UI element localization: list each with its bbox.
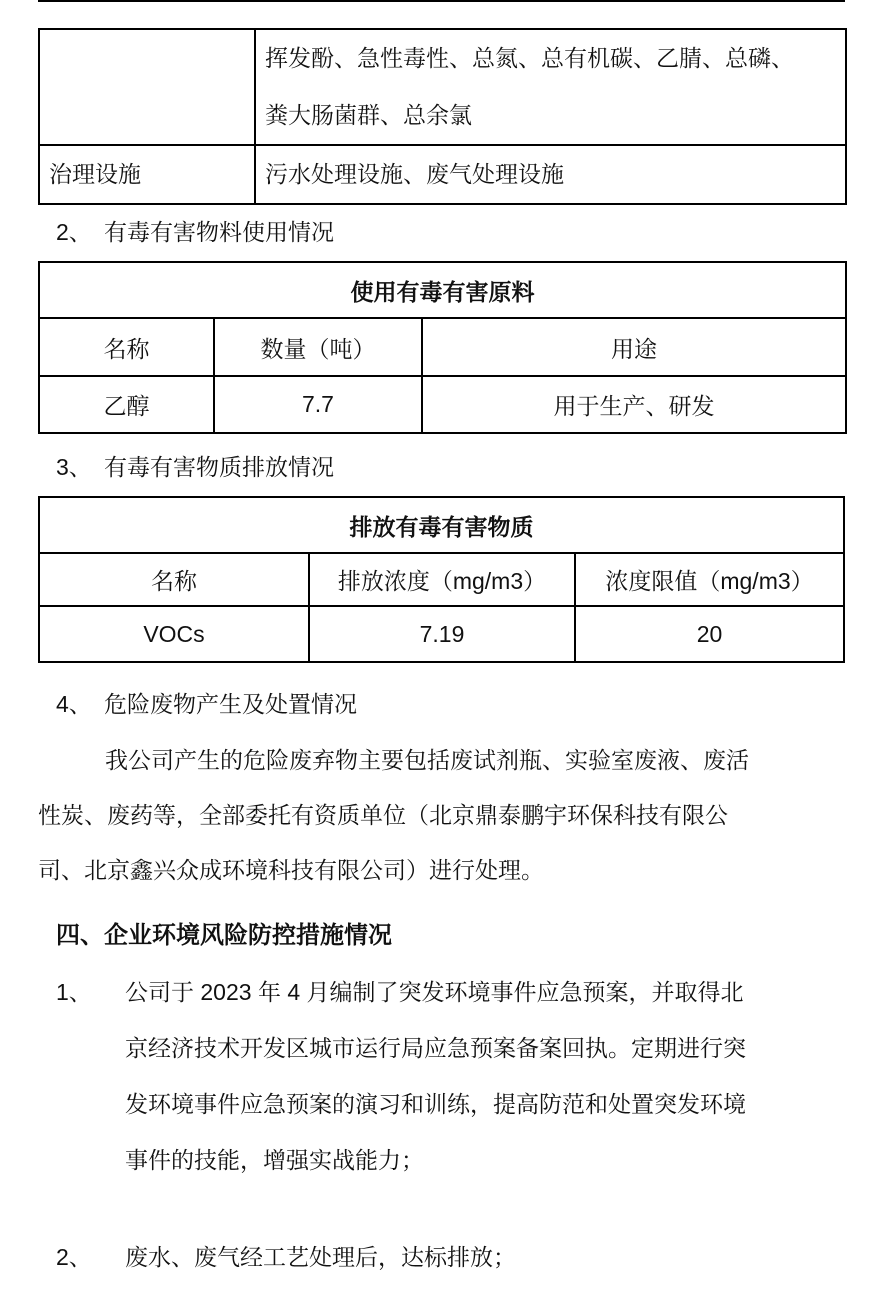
pollutant-treatment-table: 挥发酚、急性毒性、总氮、总有机碳、乙腈、总磷、 粪大肠菌群、总余氯 治理设施 污… [38,28,847,205]
measure-number: 1、 [38,964,125,1020]
measure-item-2: 2、 废水、废气经工艺处理后，达标排放； [38,1229,848,1285]
header-cell-usage: 用途 [422,318,846,376]
table-data-row: 乙醇 7.7 用于生产、研发 [39,376,846,433]
section-label-4: 4、 危险废物产生及处置情况 [38,689,846,719]
toxic-materials-table: 使用有毒有害原料 名称 数量（吨） 用途 乙醇 7.7 用于生产、研发 [38,261,847,434]
table-row: 挥发酚、急性毒性、总氮、总有机碳、乙腈、总磷、 粪大肠菌群、总余氯 [39,29,846,145]
section-label-3: 3、 有毒有害物质排放情况 [38,452,846,482]
section-number: 4、 [38,689,104,719]
table-caption-row: 排放有毒有害物质 [39,497,844,553]
table-caption-row: 使用有毒有害原料 [39,262,846,318]
table-caption: 使用有毒有害原料 [39,262,846,318]
table-caption: 排放有毒有害物质 [39,497,844,553]
section-title: 有毒有害物料使用情况 [104,217,846,247]
header-cell-emission-concentration: 排放浓度（mg/m3） [309,553,575,606]
table-cell-label: 治理设施 [39,145,255,204]
table-data-row: VOCs 7.19 20 [39,606,844,662]
header-cell-name: 名称 [39,318,214,376]
table-header-row: 名称 数量（吨） 用途 [39,318,846,376]
section-number: 2、 [38,217,104,247]
table-cell-pollutants: 挥发酚、急性毒性、总氮、总有机碳、乙腈、总磷、 粪大肠菌群、总余氯 [255,29,846,145]
header-cell-name: 名称 [39,553,309,606]
section-number: 3、 [38,452,104,482]
hazardous-waste-paragraph: 我公司产生的危险废弃物主要包括废试剂瓶、实验室废液、废活 性炭、废药等，全部委托… [38,733,846,898]
page-top-table-edge [38,0,845,2]
header-cell-quantity: 数量（吨） [214,318,422,376]
data-cell-quantity: 7.7 [214,376,422,433]
toxic-emission-table: 排放有毒有害物质 名称 排放浓度（mg/m3） 浓度限值（mg/m3） VOCs… [38,496,845,663]
data-cell-emission-concentration: 7.19 [309,606,575,662]
section-title: 有毒有害物质排放情况 [104,452,846,482]
data-cell-name: VOCs [39,606,309,662]
document-page: { "doc": { "table1": { "rows": [ { "labe… [0,0,881,1308]
table-cell-value: 污水处理设施、废气处理设施 [255,145,846,204]
header-cell-concentration-limit: 浓度限值（mg/m3） [575,553,844,606]
data-cell-name: 乙醇 [39,376,214,433]
table-header-row: 名称 排放浓度（mg/m3） 浓度限值（mg/m3） [39,553,844,606]
measure-text: 公司于 2023 年 4 月编制了突发环境事件应急预案，并取得北 京经济技术开发… [125,964,848,1188]
measure-item-1: 1、 公司于 2023 年 4 月编制了突发环境事件应急预案，并取得北 京经济技… [38,964,848,1188]
table-cell-label [39,29,255,145]
chapter-heading: 四、企业环境风险防控措施情况 [56,920,392,952]
data-cell-concentration-limit: 20 [575,606,844,662]
measure-text: 废水、废气经工艺处理后，达标排放； [125,1229,848,1285]
measure-number: 2、 [38,1229,125,1285]
table-row: 治理设施 污水处理设施、废气处理设施 [39,145,846,204]
data-cell-usage: 用于生产、研发 [422,376,846,433]
section-title: 危险废物产生及处置情况 [104,689,846,719]
section-label-2: 2、 有毒有害物料使用情况 [38,217,846,247]
